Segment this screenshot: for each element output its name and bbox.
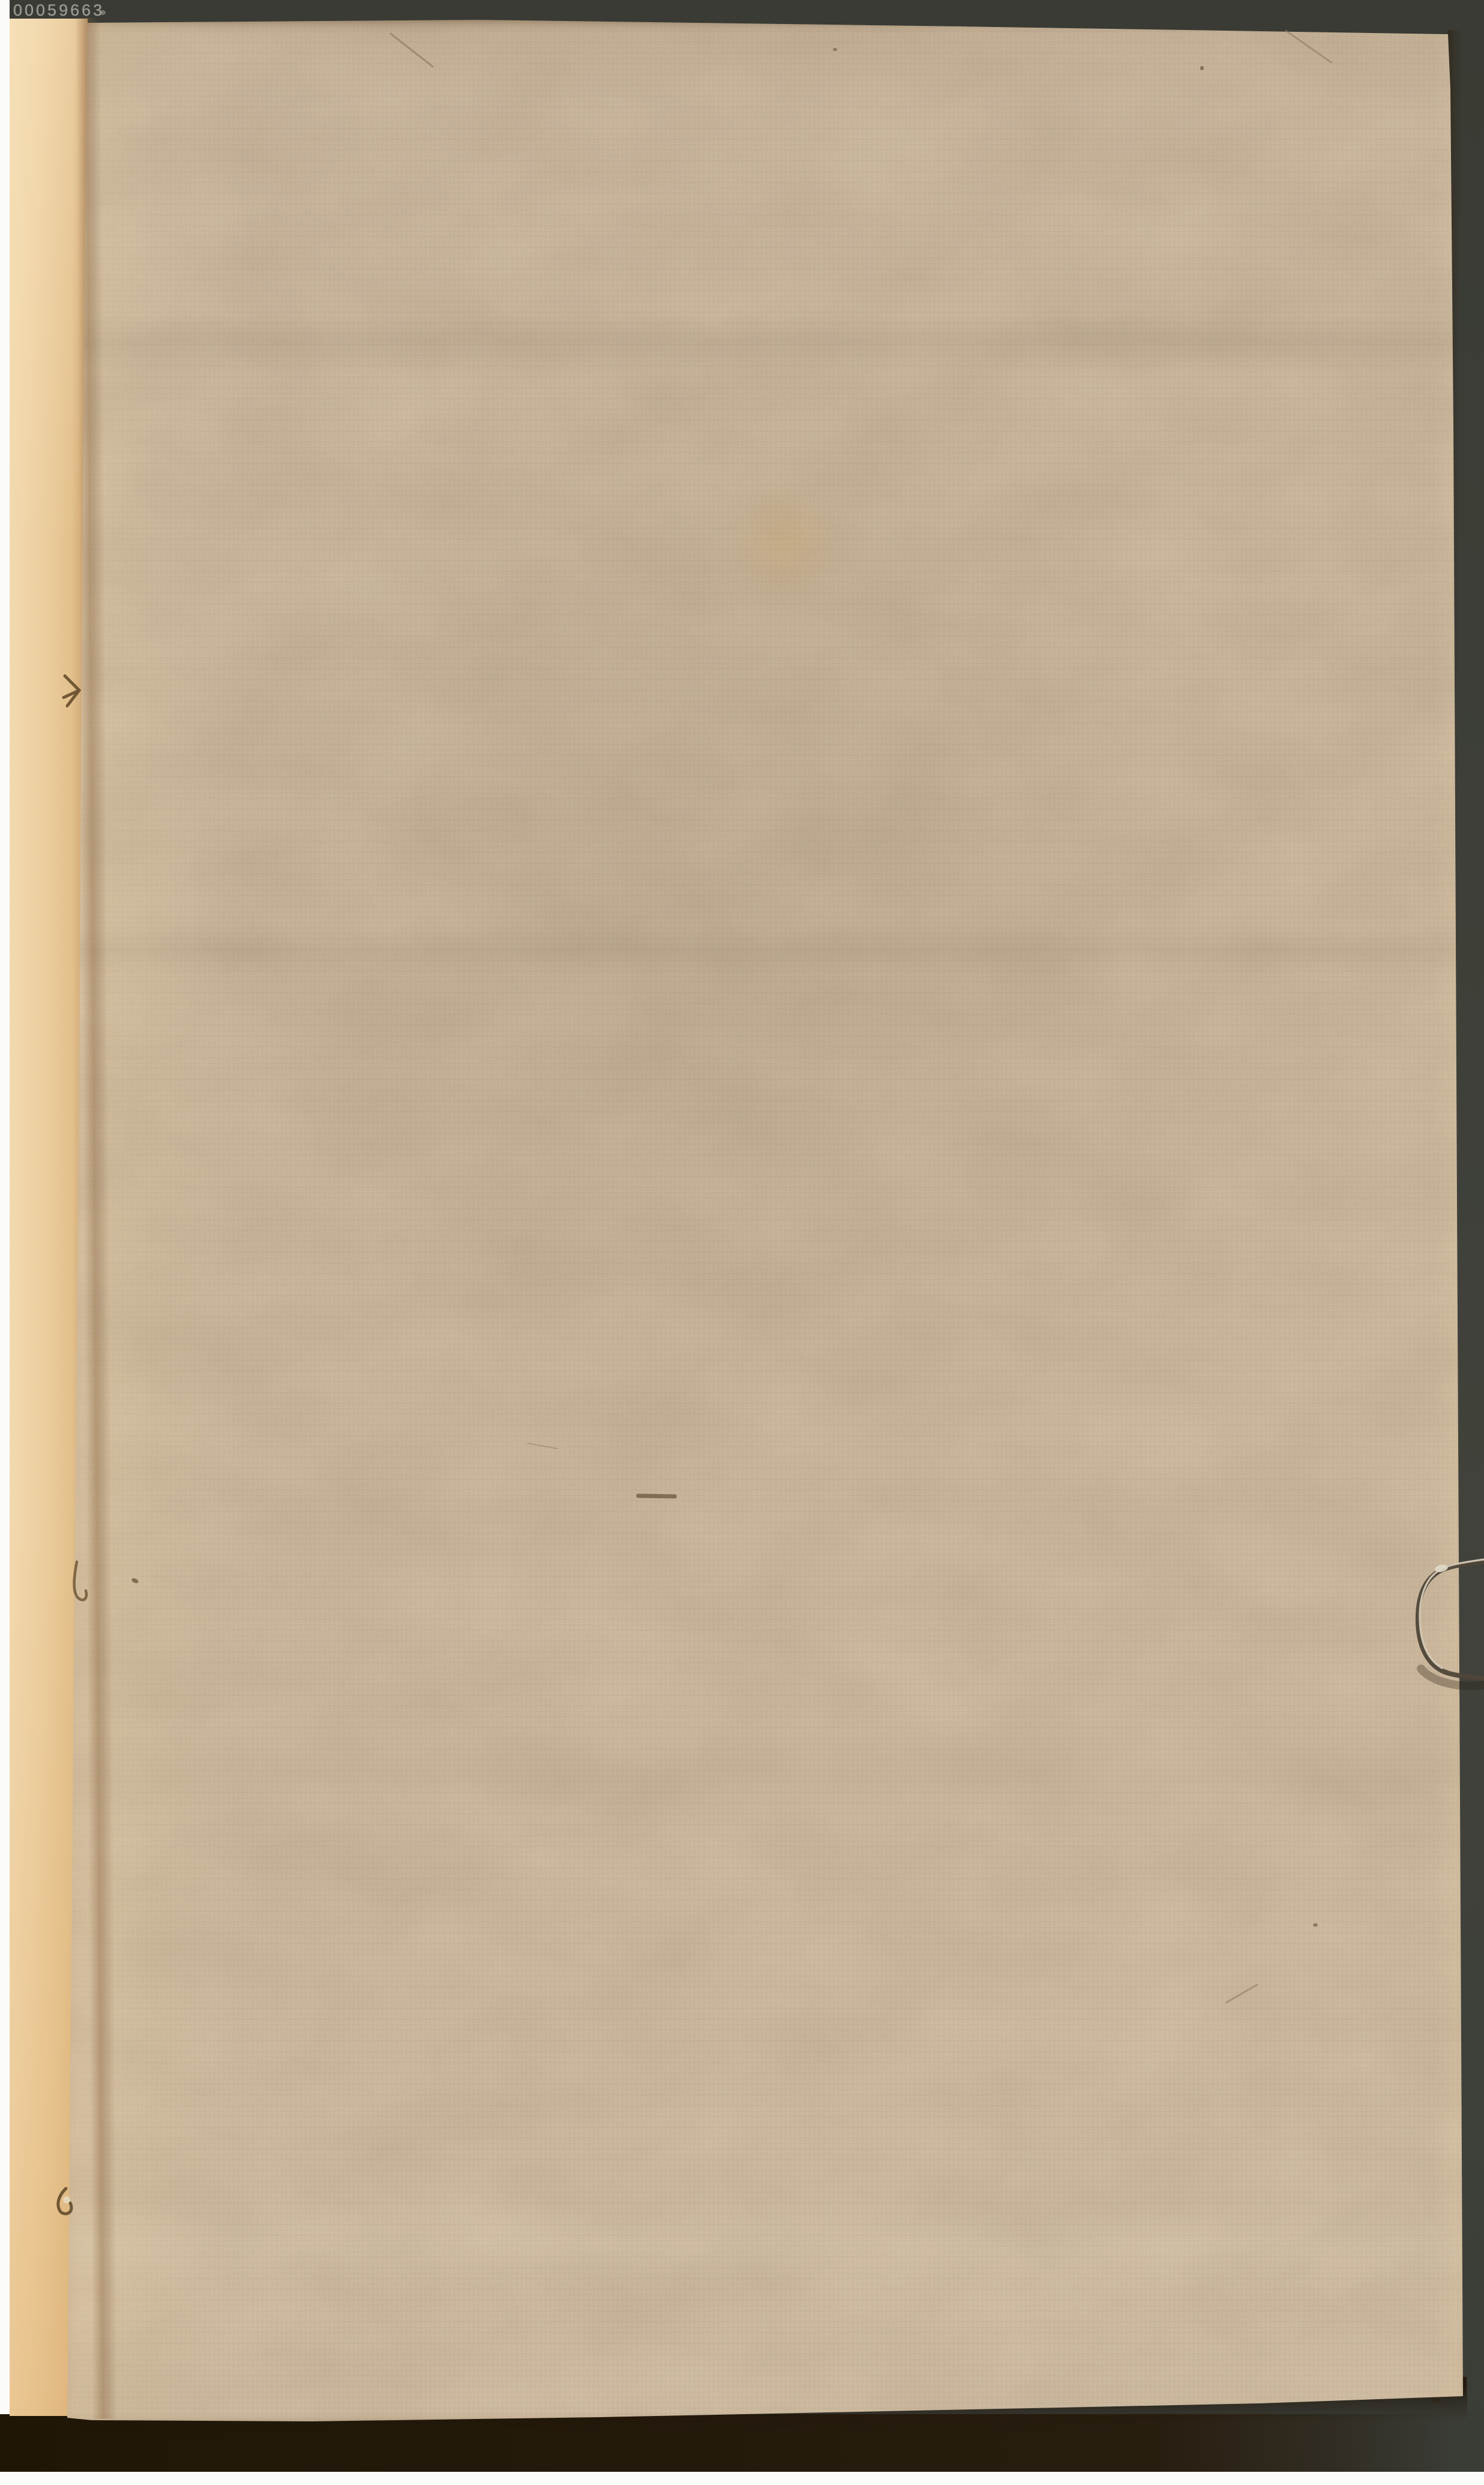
paper-fiber xyxy=(636,1493,677,1498)
dust-speck xyxy=(100,10,106,15)
wire-clip xyxy=(1404,1546,1484,1693)
paper-speck xyxy=(1313,1923,1318,1927)
paper-speck xyxy=(1200,66,1204,70)
binding-stitch xyxy=(58,671,86,713)
binding-stitch xyxy=(52,2185,83,2221)
binding-stitch xyxy=(67,1559,95,1607)
paper-grain-texture xyxy=(60,17,1470,2425)
scan-id-label: 00059663 xyxy=(13,1,104,20)
book-page xyxy=(60,17,1470,2425)
book-scan: 00059663 xyxy=(0,0,1484,2485)
paper-speck xyxy=(833,48,837,51)
